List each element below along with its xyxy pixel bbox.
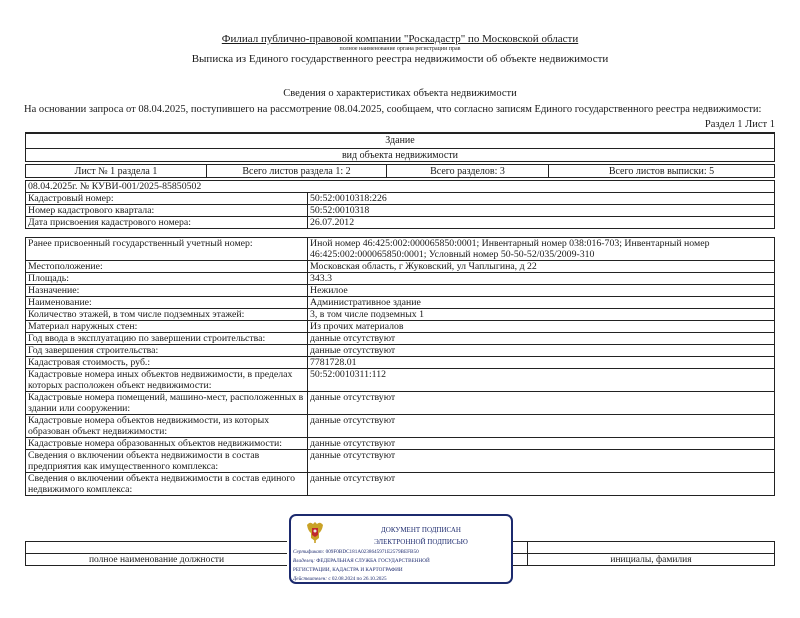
- row-label: Назначение:: [26, 285, 308, 296]
- characteristics-table: Ранее присвоенный государственный учетны…: [25, 237, 775, 496]
- row-label: Год завершения строительства:: [26, 345, 308, 356]
- position-caption: полное наименование должности: [26, 554, 287, 566]
- intro-text: На основании запроса от 08.04.2025, пост…: [24, 104, 761, 115]
- row-value: Нежилое: [308, 285, 774, 296]
- section-sheet-label: Раздел 1 Лист 1: [705, 119, 775, 130]
- table-row: Год ввода в эксплуатацию по завершении с…: [26, 332, 774, 344]
- row-label: Кадастровые номера образованных объектов…: [26, 438, 308, 449]
- table-row: Материал наружных стен:Из прочих материа…: [26, 320, 774, 332]
- table-row: Дата присвоения кадастрового номера:26.0…: [26, 216, 774, 228]
- table-row: Кадастровые номера образованных объектов…: [26, 437, 774, 449]
- row-label: Сведения о включении объекта недвижимост…: [26, 450, 308, 472]
- row-label: Год ввода в эксплуатацию по завершении с…: [26, 333, 308, 344]
- info-title: Сведения о характеристиках объекта недви…: [0, 88, 800, 99]
- name-caption: инициалы, фамилия: [528, 554, 774, 566]
- table-row: Кадастровые номера объектов недвижимости…: [26, 414, 774, 437]
- row-value: Из прочих материалов: [308, 321, 774, 332]
- row-value: данные отсутствуют: [308, 415, 774, 437]
- row-label: Сведения о включении объекта недвижимост…: [26, 473, 308, 495]
- row-label: Наименование:: [26, 297, 308, 308]
- row-label: Кадастровые номера объектов недвижимости…: [26, 415, 308, 437]
- stamp-line1: ДОКУМЕНТ ПОДПИСАН: [331, 526, 511, 534]
- row-value: 7781728.01: [308, 357, 774, 368]
- object-type-caption: вид объекта недвижимости: [26, 148, 774, 162]
- table-row: Кадастровые номера иных объектов недвижи…: [26, 368, 774, 391]
- row-value: данные отсутствуют: [308, 345, 774, 356]
- row-label: Материал наружных стен:: [26, 321, 308, 332]
- stamp-owner: Владелец: ФЕДЕРАЛЬНАЯ СЛУЖБА ГОСУДАРСТВЕ…: [293, 558, 430, 564]
- row-value: данные отсутствуют: [308, 473, 774, 495]
- table-row: Назначение:Нежилое: [26, 284, 774, 296]
- row-value: 26.07.2012: [308, 217, 774, 228]
- cadastral-info-table: 08.04.2025г. № КУВИ-001/2025-85850502 Ка…: [25, 180, 775, 229]
- object-type: Здание: [26, 134, 774, 148]
- row-label: Площадь:: [26, 273, 308, 284]
- row-value: 50:52:0010311:112: [308, 369, 774, 391]
- request-row: 08.04.2025г. № КУВИ-001/2025-85850502: [26, 181, 774, 192]
- table-row: Местоположение:Московская область, г Жук…: [26, 260, 774, 272]
- document-title: Выписка из Единого государственного реес…: [0, 53, 800, 65]
- row-value: данные отсутствуют: [308, 450, 774, 472]
- request-number: 08.04.2025г. № КУВИ-001/2025-85850502: [26, 181, 774, 192]
- table-row: Сведения о включении объекта недвижимост…: [26, 472, 774, 495]
- stamp-certificate: Сертификат: 009F0BDC181A0238645971E2579B…: [293, 549, 419, 555]
- table-row: Год завершения строительства:данные отсу…: [26, 344, 774, 356]
- coat-of-arms-icon: [305, 519, 325, 543]
- row-label: Кадастровые номера помещений, машино-мес…: [26, 392, 308, 414]
- row-value: данные отсутствуют: [308, 392, 774, 414]
- row-value: Московская область, г Жуковский, ул Чапл…: [308, 261, 774, 272]
- name-field: инициалы, фамилия: [527, 541, 775, 566]
- electronic-signature-stamp: ДОКУМЕНТ ПОДПИСАН ЭЛЕКТРОННОЙ ПОДПИСЬЮ С…: [289, 514, 513, 584]
- total-sheets: Всего листов выписки: 5: [548, 165, 774, 177]
- table-row: Кадастровая стоимость, руб.:7781728.01: [26, 356, 774, 368]
- organization-caption: полное наименование органа регистрации п…: [0, 46, 800, 52]
- row-label: Кадастровые номера иных объектов недвижи…: [26, 369, 308, 391]
- row-value: 343.3: [308, 273, 774, 284]
- row-value: 50:52:0010318:226: [308, 193, 774, 204]
- stamp-line2: ЭЛЕКТРОННОЙ ПОДПИСЬЮ: [331, 538, 511, 546]
- sheet-number: Лист № 1 раздела 1: [26, 165, 206, 177]
- sheet-info-row: Лист № 1 раздела 1 Всего листов раздела …: [25, 164, 775, 178]
- stamp-validity: Действителен: с 02.08.2024 по 26.10.2025: [293, 576, 387, 582]
- stamp-owner-cont: РЕГИСТРАЦИИ, КАДАСТРА И КАРТОГРАФИИ: [293, 567, 403, 573]
- table-row: Площадь:343.3: [26, 272, 774, 284]
- total-sections: Всего разделов: 3: [386, 165, 548, 177]
- position-field: полное наименование должности: [25, 541, 287, 566]
- table-row: Наименование:Административное здание: [26, 296, 774, 308]
- row-value: данные отсутствуют: [308, 333, 774, 344]
- table-row: Кадастровый номер:50:52:0010318:226: [26, 192, 774, 204]
- row-label: Номер кадастрового квартала:: [26, 205, 308, 216]
- row-label: Количество этажей, в том числе подземных…: [26, 309, 308, 320]
- row-label: Местоположение:: [26, 261, 308, 272]
- row-label: Дата присвоения кадастрового номера:: [26, 217, 308, 228]
- signature-field: [513, 541, 527, 566]
- row-label: Кадастровый номер:: [26, 193, 308, 204]
- total-section-sheets: Всего листов раздела 1: 2: [206, 165, 386, 177]
- row-value: 50:52:0010318: [308, 205, 774, 216]
- object-type-block: Здание вид объекта недвижимости: [25, 132, 775, 162]
- table-row: Номер кадастрового квартала:50:52:001031…: [26, 204, 774, 216]
- organization-name: Филиал публично-правовой компании "Роска…: [0, 33, 800, 45]
- table-row: Ранее присвоенный государственный учетны…: [26, 238, 774, 260]
- row-label: Ранее присвоенный государственный учетны…: [26, 238, 308, 260]
- table-row: Кадастровые номера помещений, машино-мес…: [26, 391, 774, 414]
- row-value: 3, в том числе подземных 1: [308, 309, 774, 320]
- row-label: Кадастровая стоимость, руб.:: [26, 357, 308, 368]
- row-value: Иной номер 46:425:002:000065850:0001; Ин…: [308, 238, 774, 260]
- table-row: Сведения о включении объекта недвижимост…: [26, 449, 774, 472]
- table-row: Количество этажей, в том числе подземных…: [26, 308, 774, 320]
- row-value: Административное здание: [308, 297, 774, 308]
- row-value: данные отсутствуют: [308, 438, 774, 449]
